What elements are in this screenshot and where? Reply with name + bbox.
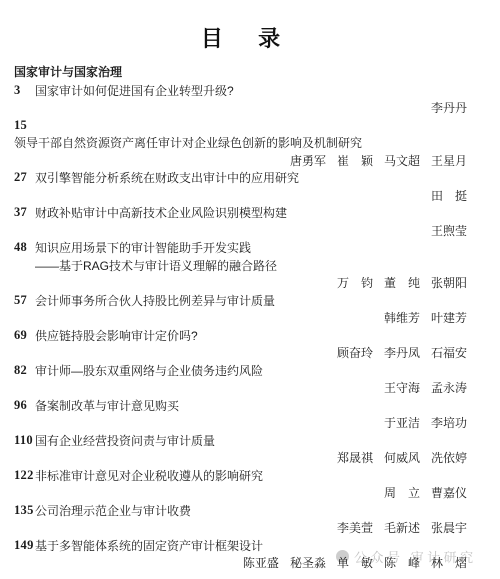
page-number: 27: [14, 170, 35, 185]
author-name: 张晨宇: [431, 519, 467, 536]
authors-row: 王煦莹: [14, 222, 467, 240]
entry-title-row: 领导干部自然资源资产离任审计对企业绿色创新的影响及机制研究: [14, 134, 467, 152]
entry-title-row: 110国有企业经营投资问责与审计质量: [14, 432, 467, 450]
author-name: 李丹丹: [431, 99, 467, 116]
author-name: 王星月: [431, 152, 467, 169]
author-name: 万 钧: [337, 274, 373, 291]
authors-row: 韩维芳叶建芳: [14, 309, 467, 327]
page-number: 37: [14, 205, 35, 220]
entry-title-row: 37财政补贴审计中高新技术企业风险识别模型构建: [14, 204, 467, 222]
author-name: 李培功: [431, 414, 467, 431]
page-number: 57: [14, 293, 35, 308]
authors-row: 唐勇军崔 颖马文超王星月: [14, 152, 467, 170]
page-number: 69: [14, 328, 35, 343]
author-name: 陈亚盛: [243, 554, 279, 571]
author-name: 周 立: [384, 484, 420, 501]
article-title: 基于多智能体系统的固定资产审计框架设计: [35, 537, 263, 554]
page-number: 3: [14, 83, 35, 98]
toc-entry: 96备案制改革与审计意见购买于亚洁李培功: [14, 397, 467, 432]
authors-row: 李美萱毛新述张晨宇: [14, 519, 467, 537]
article-title: 审计师—股东双重网络与企业债务违约风险: [35, 362, 263, 379]
entry-title-row: 57会计师事务所合伙人持股比例差异与审计质量: [14, 292, 467, 310]
page-number: 135: [14, 503, 35, 518]
entry-title-row: 48知识应用场景下的审计智能助手开发实践: [14, 239, 467, 257]
article-title: 双引擎智能分析系统在财政支出审计中的应用研究: [35, 169, 299, 186]
author-name: 张朝阳: [431, 274, 467, 291]
article-title: 财政补贴审计中高新技术企业风险识别模型构建: [35, 204, 287, 221]
article-subtitle: ——基于RAG技术与审计语义理解的融合路径: [14, 257, 277, 274]
entry-title-row: 69供应链持股会影响审计定价吗?: [14, 327, 467, 345]
author-name: 陈 峰: [384, 554, 420, 571]
author-name: 董 纯: [384, 274, 420, 291]
toc-entry: 27双引擎智能分析系统在财政支出审计中的应用研究田 挺: [14, 169, 467, 204]
page-number: 96: [14, 398, 35, 413]
author-name: 崔 颖: [337, 152, 373, 169]
page-number: 48: [14, 240, 35, 255]
entry-title-row: 135公司治理示范企业与审计收费: [14, 502, 467, 520]
entry-title-row: 3国家审计如何促进国有企业转型升级?: [14, 82, 467, 100]
entry-number-row: 15: [14, 117, 467, 135]
article-title: 国家审计如何促进国有企业转型升级?: [35, 82, 234, 99]
author-name: 郑晟祺: [337, 449, 373, 466]
author-name: 石福安: [431, 344, 467, 361]
author-name: 毛新述: [384, 519, 420, 536]
page-title: 目 录: [14, 26, 467, 52]
article-title: 领导干部自然资源资产离任审计对企业绿色创新的影响及机制研究: [14, 134, 362, 151]
article-title: 知识应用场景下的审计智能助手开发实践: [35, 239, 251, 256]
author-name: 韩维芳: [384, 309, 420, 326]
entry-title-row: 27双引擎智能分析系统在财政支出审计中的应用研究: [14, 169, 467, 187]
toc-entry: 110国有企业经营投资问责与审计质量郑晟祺何威风冼依婷: [14, 432, 467, 467]
toc-page: 公众号 审计研究 目 录 国家审计与国家治理 3国家审计如何促进国有企业转型升级…: [0, 0, 500, 579]
authors-row: 李丹丹: [14, 99, 467, 117]
article-title: 供应链持股会影响审计定价吗?: [35, 327, 198, 344]
authors-row: 于亚洁李培功: [14, 414, 467, 432]
author-name: 田 挺: [431, 187, 467, 204]
author-name: 曹嘉仪: [431, 484, 467, 501]
author-name: 顾奋玲: [337, 344, 373, 361]
article-title: 备案制改革与审计意见购买: [35, 397, 179, 414]
author-name: 林 熠: [431, 554, 467, 571]
authors-row: 顾奋玲李丹凤石福安: [14, 344, 467, 362]
article-title: 非标准审计意见对企业税收遵从的影响研究: [35, 467, 263, 484]
toc-entry: 37财政补贴审计中高新技术企业风险识别模型构建王煦莹: [14, 204, 467, 239]
author-name: 冼依婷: [431, 449, 467, 466]
page-number: 149: [14, 538, 35, 553]
toc-entry: 82审计师—股东双重网络与企业债务违约风险王守海孟永涛: [14, 362, 467, 397]
toc-entries: 3国家审计如何促进国有企业转型升级?李丹丹15领导干部自然资源资产离任审计对企业…: [14, 82, 467, 572]
authors-row: 万 钧董 纯张朝阳: [14, 274, 467, 292]
toc-entry: 15领导干部自然资源资产离任审计对企业绿色创新的影响及机制研究唐勇军崔 颖马文超…: [14, 117, 467, 170]
author-name: 孟永涛: [431, 379, 467, 396]
author-name: 王守海: [384, 379, 420, 396]
section-heading: 国家审计与国家治理: [14, 64, 467, 82]
toc-entry: 149基于多智能体系统的固定资产审计框架设计陈亚盛秘圣淼单 敏陈 峰林 熠: [14, 537, 467, 572]
article-title: 会计师事务所合伙人持股比例差异与审计质量: [35, 292, 275, 309]
author-name: 于亚洁: [384, 414, 420, 431]
toc-entry: 135公司治理示范企业与审计收费李美萱毛新述张晨宇: [14, 502, 467, 537]
article-title: 国有企业经营投资问责与审计质量: [35, 432, 215, 449]
toc-entry: 57会计师事务所合伙人持股比例差异与审计质量韩维芳叶建芳: [14, 292, 467, 327]
page-number: 82: [14, 363, 35, 378]
entry-title-row: 96备案制改革与审计意见购买: [14, 397, 467, 415]
entry-title-row: 122非标准审计意见对企业税收遵从的影响研究: [14, 467, 467, 485]
toc-entry: 3国家审计如何促进国有企业转型升级?李丹丹: [14, 82, 467, 117]
authors-row: 郑晟祺何威风冼依婷: [14, 449, 467, 467]
toc-entry: 48知识应用场景下的审计智能助手开发实践——基于RAG技术与审计语义理解的融合路…: [14, 239, 467, 292]
authors-row: 田 挺: [14, 187, 467, 205]
author-name: 单 敏: [337, 554, 373, 571]
page-number: 122: [14, 468, 35, 483]
author-name: 何威风: [384, 449, 420, 466]
entry-title-row: 82审计师—股东双重网络与企业债务违约风险: [14, 362, 467, 380]
author-name: 秘圣淼: [290, 554, 326, 571]
toc-entry: 69供应链持股会影响审计定价吗?顾奋玲李丹凤石福安: [14, 327, 467, 362]
page-number: 110: [14, 433, 35, 448]
authors-row: 陈亚盛秘圣淼单 敏陈 峰林 熠: [14, 554, 467, 572]
authors-row: 王守海孟永涛: [14, 379, 467, 397]
toc-content: 目 录 国家审计与国家治理 3国家审计如何促进国有企业转型升级?李丹丹15领导干…: [14, 26, 467, 572]
entry-subtitle-row: ——基于RAG技术与审计语义理解的融合路径: [14, 257, 467, 275]
article-title: 公司治理示范企业与审计收费: [35, 502, 191, 519]
authors-row: 周 立曹嘉仪: [14, 484, 467, 502]
page-number: 15: [14, 118, 35, 133]
author-name: 李美萱: [337, 519, 373, 536]
author-name: 李丹凤: [384, 344, 420, 361]
author-name: 王煦莹: [431, 222, 467, 239]
toc-entry: 122非标准审计意见对企业税收遵从的影响研究周 立曹嘉仪: [14, 467, 467, 502]
author-name: 叶建芳: [431, 309, 467, 326]
author-name: 唐勇军: [290, 152, 326, 169]
entry-title-row: 149基于多智能体系统的固定资产审计框架设计: [14, 537, 467, 555]
author-name: 马文超: [384, 152, 420, 169]
